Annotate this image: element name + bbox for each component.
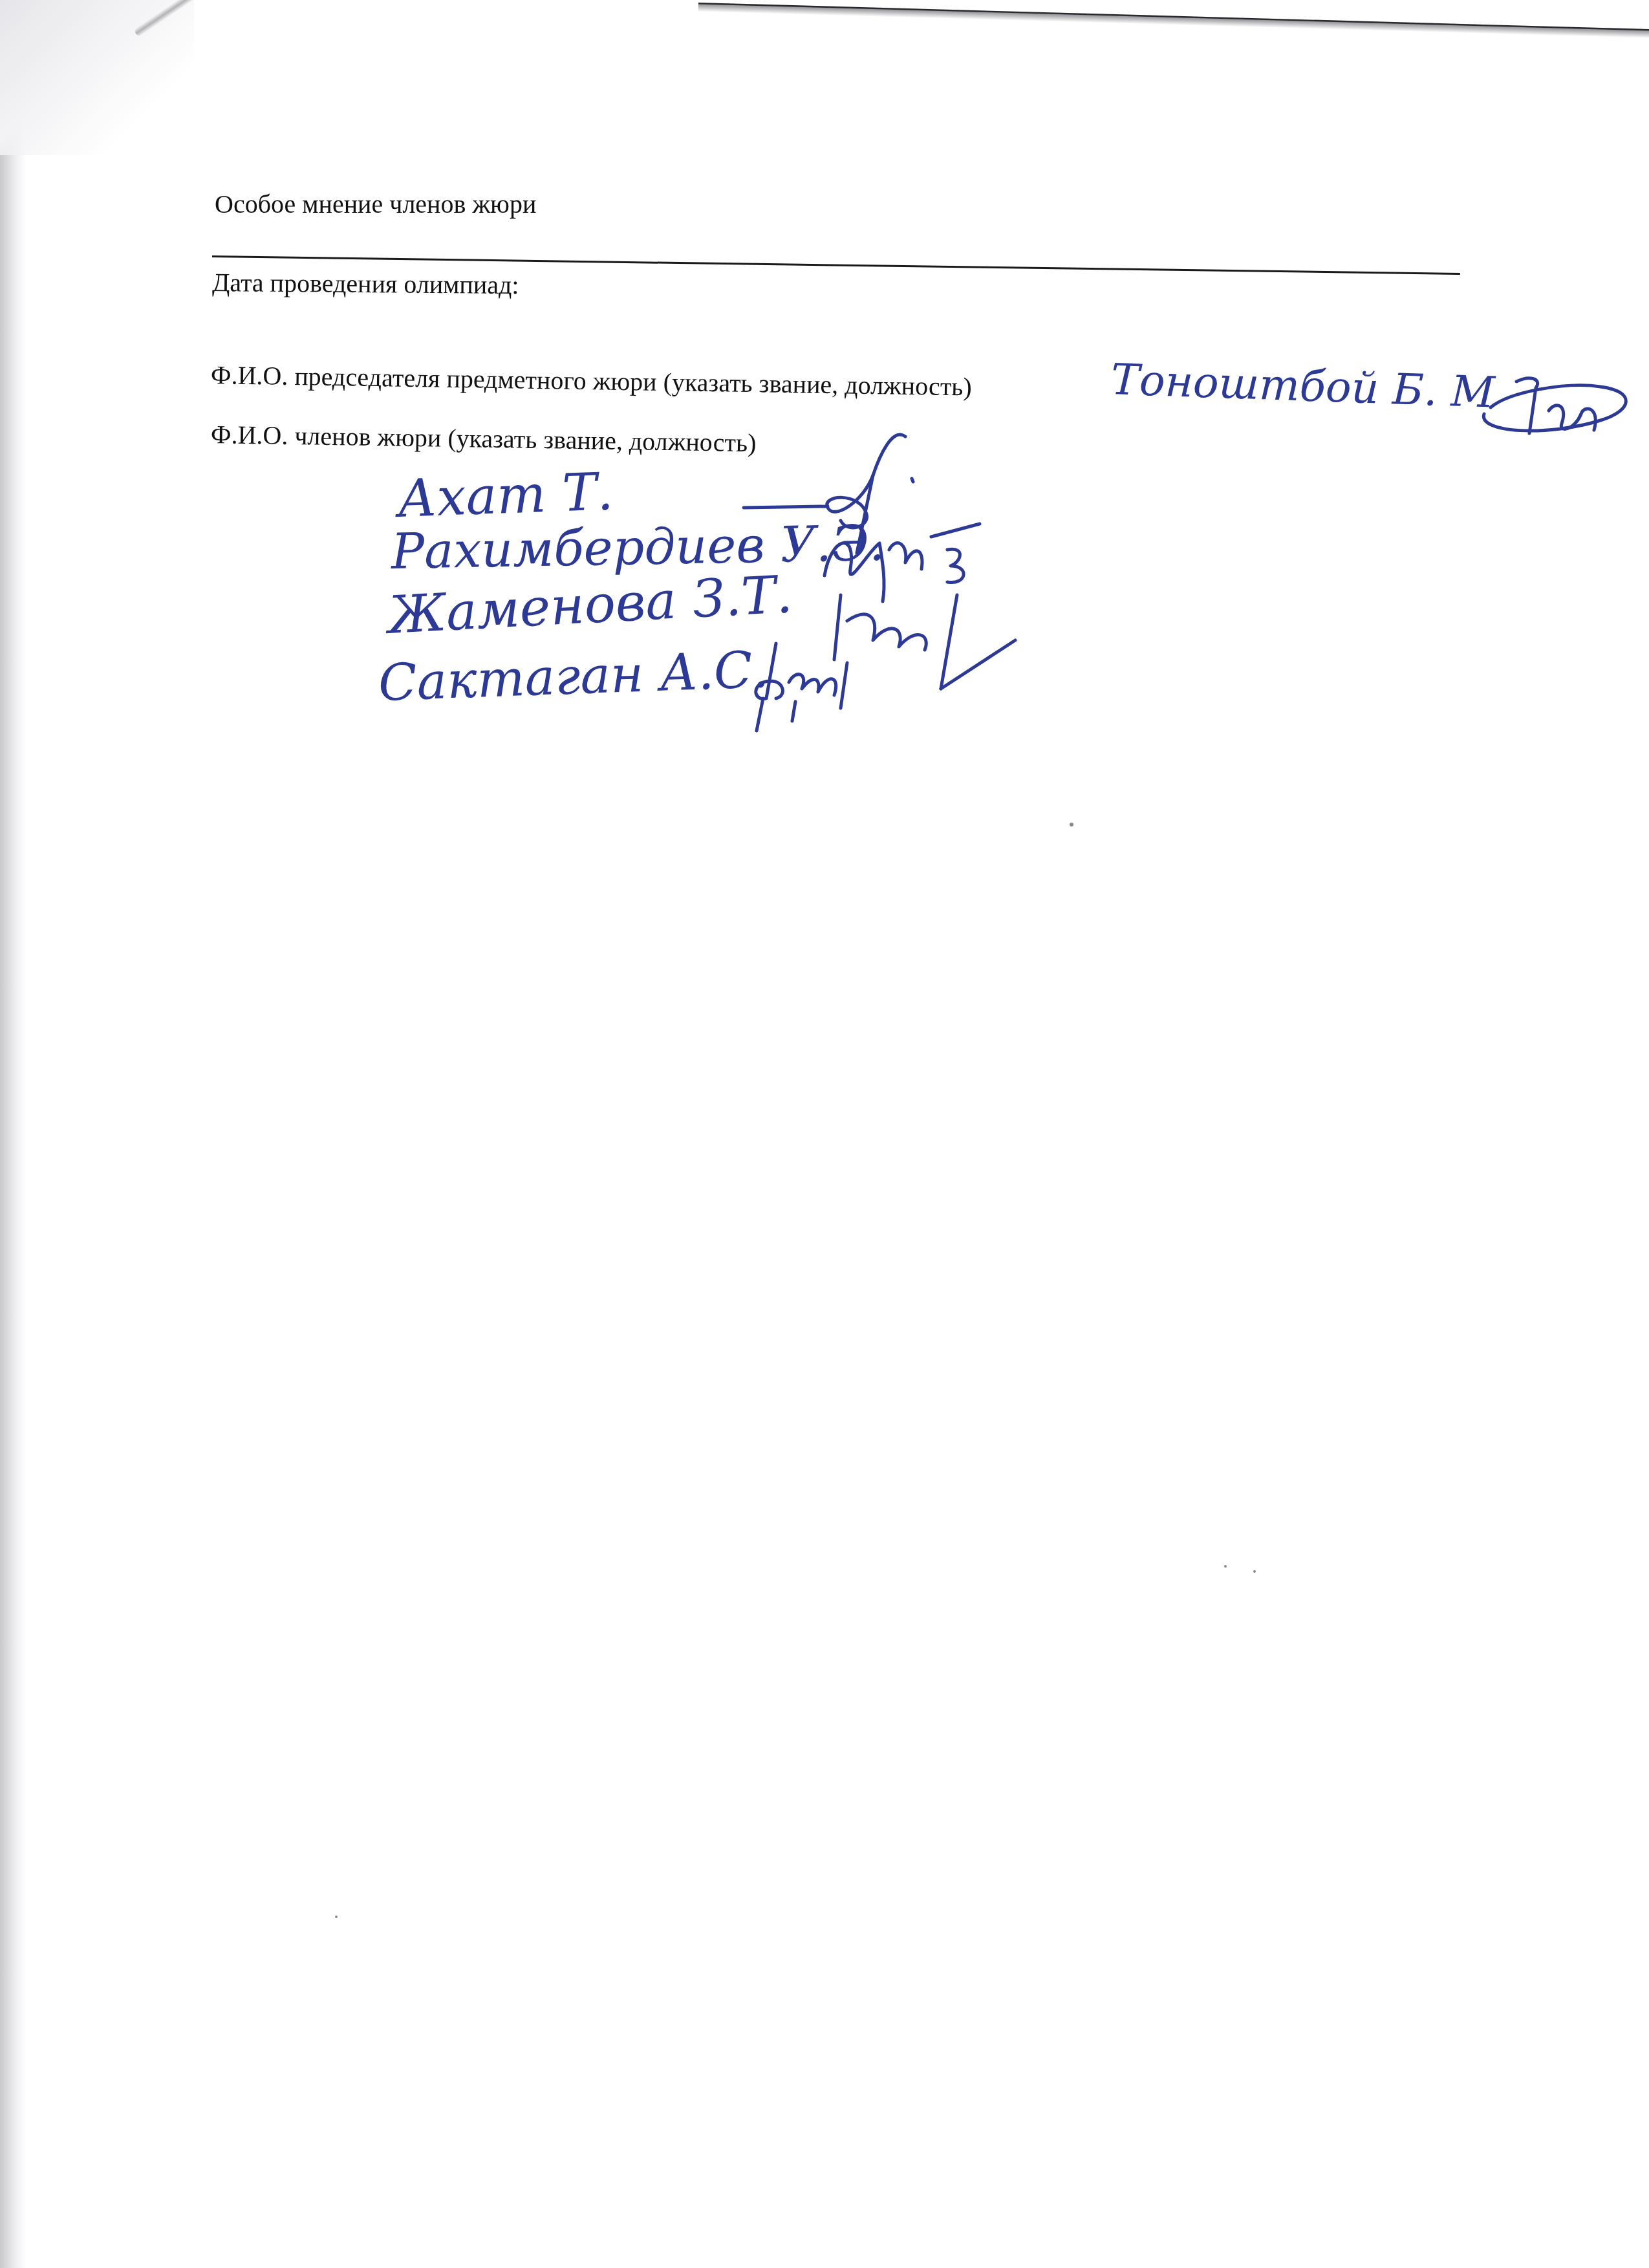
scan-speck <box>1224 1565 1227 1568</box>
jury-member-4-signature <box>737 637 879 734</box>
scanned-page: Особое мнение членов жюри Дата проведени… <box>0 0 1649 2268</box>
scan-top-edge <box>698 3 1649 38</box>
chairperson-handwritten-name: Тоноштбой Б. М <box>1110 354 1496 418</box>
chairperson-signature <box>1471 375 1639 446</box>
scan-left-edge-shadow <box>0 0 26 2268</box>
scan-speck <box>1070 823 1073 826</box>
jury-member-2-handwritten-name: Рахимбердиев У.Э. <box>391 514 885 580</box>
members-names-label: Ф.И.О. членов жюри (указать звание, долж… <box>211 419 757 459</box>
jury-member-4-handwritten-name: Сактаган А.С. <box>377 641 769 713</box>
scan-corner-fold <box>0 0 194 155</box>
olympiad-date-label: Дата проведения олимпиад: <box>212 267 519 301</box>
scan-speck <box>335 1916 338 1918</box>
chair-name-label: Ф.И.О. председателя предметного жюри (ук… <box>211 360 973 402</box>
special-opinion-label: Особое мнение членов жюри <box>215 189 536 220</box>
scan-speck <box>1253 1570 1256 1573</box>
